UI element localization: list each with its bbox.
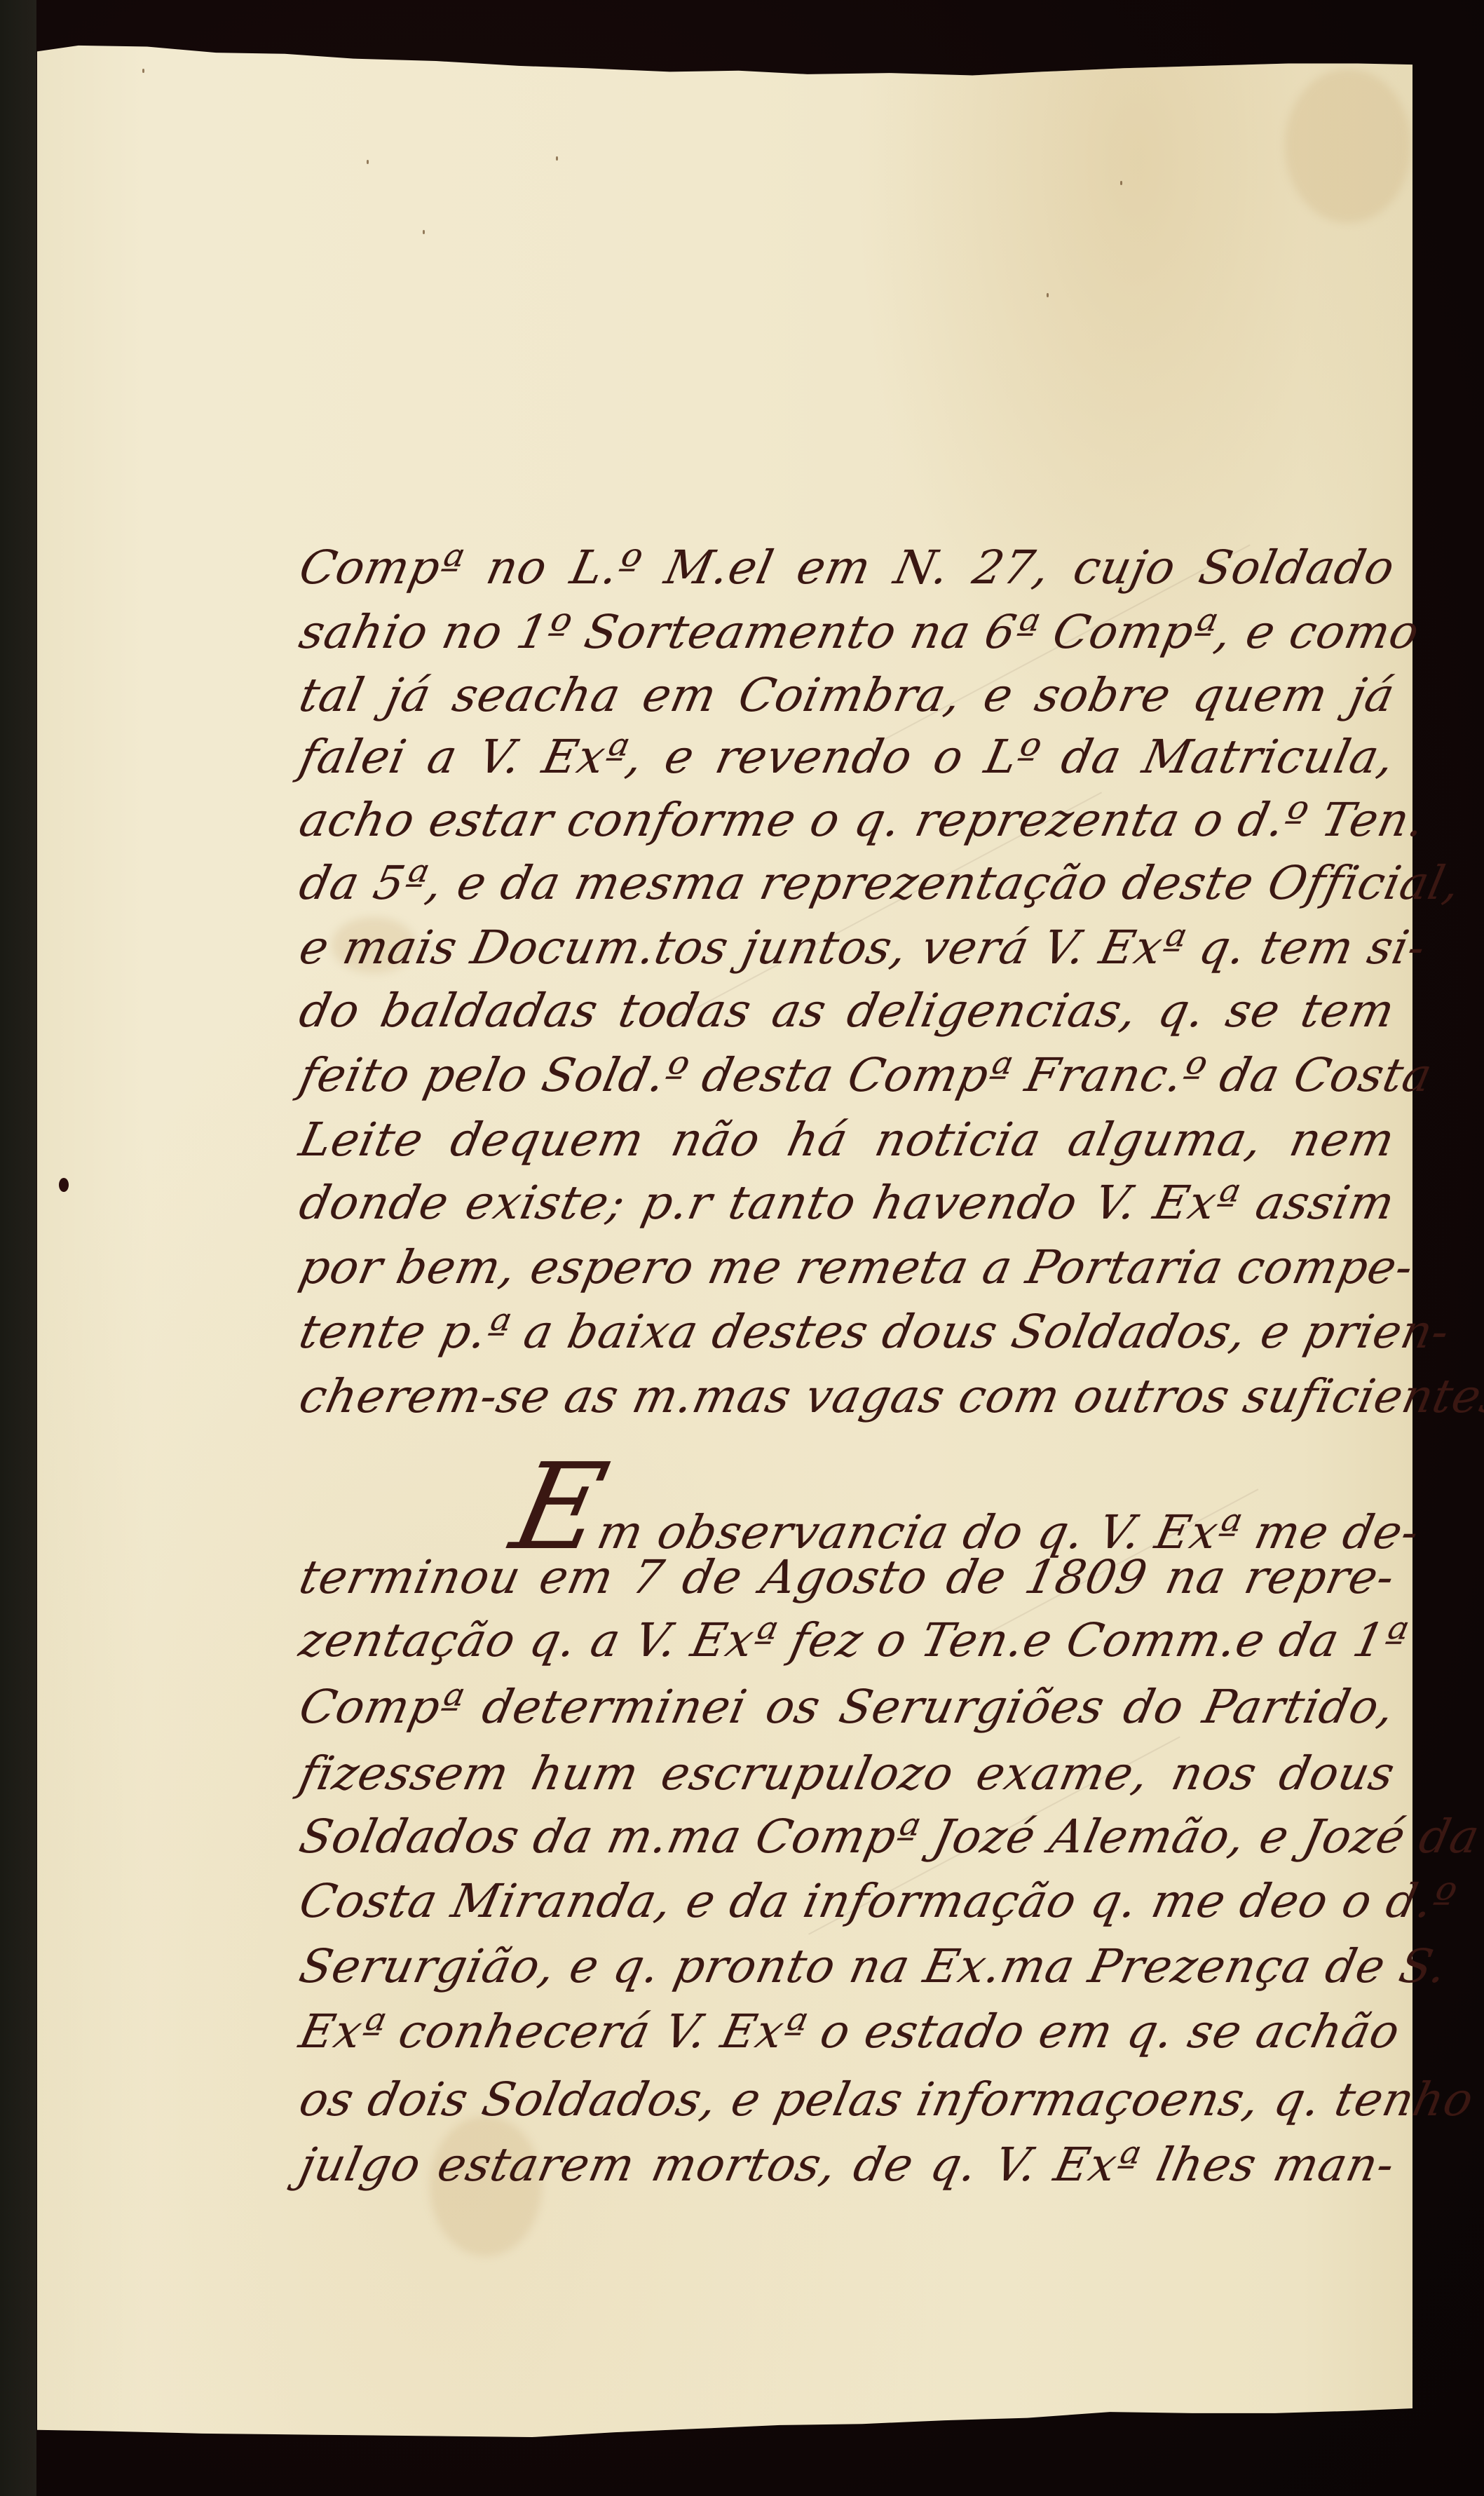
text-line: feito pelo Sold.º desta Compª Franc.º da… xyxy=(294,1047,1400,1104)
text-line: Soldados da m.ma Compª Jozé Alemão, e Jo… xyxy=(294,1809,1400,1865)
text-line: os dois Soldados, e pelas informaçoens, … xyxy=(294,2072,1400,2128)
text-line: Em observancia do q. V. Exª me de- xyxy=(505,1479,1405,1561)
text-line: da 5ª, e da mesma reprezentação deste Of… xyxy=(294,855,1400,911)
text-line: julgo estarem mortos, de q. V. Exª lhes … xyxy=(294,2137,1400,2193)
text-line: Compª no L.º M.el em N. 27, cujo Soldado xyxy=(294,540,1400,596)
text-line: sahio no 1º Sorteamento na 6ª Compª, e c… xyxy=(294,604,1400,660)
text-line: Compª determinei os Serurgiões do Partid… xyxy=(294,1679,1400,1735)
text-line: tal já seacha em Coimbra, e sobre quem j… xyxy=(294,667,1400,724)
text-line: por bem, espero me remeta a Portaria com… xyxy=(294,1240,1400,1296)
text-line: terminou em 7 de Agosto de 1809 na repre… xyxy=(294,1549,1400,1606)
handwritten-text: Compª no L.º M.el em N. 27, cujo Soldado… xyxy=(0,0,1484,2496)
text-line: zentação q. a V. Exª fez o Ten.e Comm.e … xyxy=(294,1613,1400,1669)
text-line: Leite dequem não há noticia alguma, nem xyxy=(294,1112,1400,1168)
text-line: e mais Docum.tos juntos, verá V. Exª q. … xyxy=(294,920,1400,976)
text-line: Exª conhecerá V. Exª o estado em q. se a… xyxy=(294,2004,1400,2060)
text-line: falei a V. Exª, e revendo o Lº da Matric… xyxy=(294,729,1400,785)
text-line: fizessem hum escrupulozo exame, nos dous xyxy=(294,1746,1400,1802)
text-line: donde existe; p.r tanto havendo V. Exª a… xyxy=(294,1175,1400,1231)
text-line: cherem-se as m.mas vagas com outros sufi… xyxy=(294,1369,1400,1425)
text-line: Costa Miranda, e da informação q. me deo… xyxy=(294,1873,1400,1929)
text-line: do baldadas todas as deligencias, q. se … xyxy=(294,983,1400,1039)
text-line: acho estar conforme o q. reprezenta o d.… xyxy=(294,792,1400,848)
text-line: Serurgião, e q. pronto na Ex.ma Prezença… xyxy=(294,1939,1400,1995)
text-line: tente p.ª a baixa destes dous Soldados, … xyxy=(294,1304,1400,1360)
